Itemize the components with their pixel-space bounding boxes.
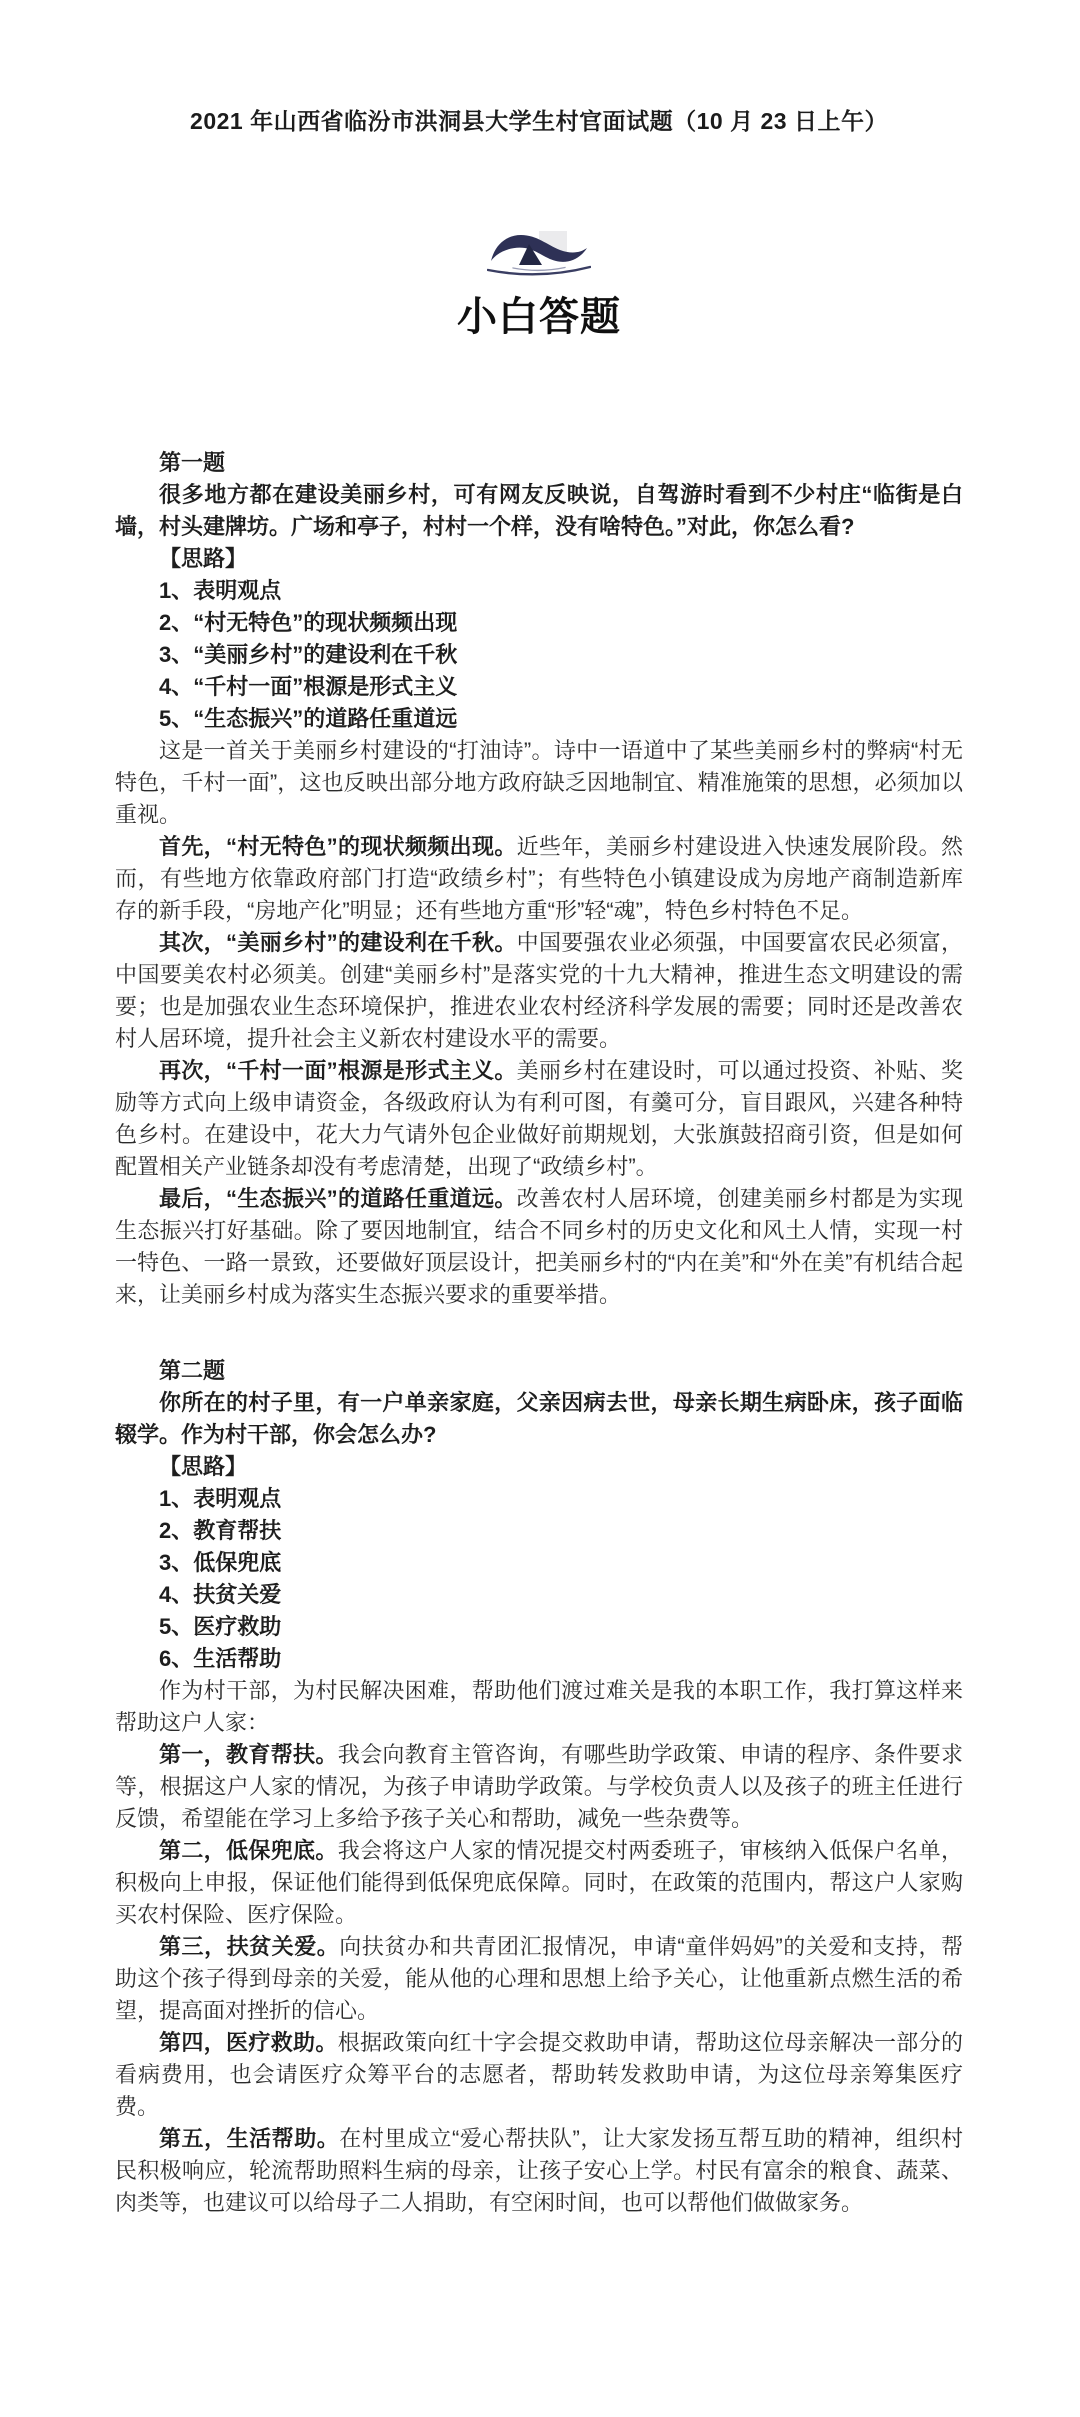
document-title: 2021 年山西省临汾市洪洞县大学生村官面试题（10 月 23 日上午） (115, 106, 963, 136)
outline-item: 6、生活帮助 (115, 1643, 963, 1675)
paragraph-lead: 第四，医疗救助。 (159, 2030, 338, 2055)
question-1-text: 很多地方都在建设美丽乡村，可有网友反映说，自驾游时看到不少村庄“临街是白墙，村头… (115, 479, 963, 543)
logo: 小白答题 (115, 231, 963, 339)
answer-paragraph: 最后，“生态振兴”的道路任重道远。改善农村人居环境，创建美丽乡村都是为实现生态振… (115, 1183, 963, 1311)
eye-wave-logo-icon (487, 231, 591, 281)
question-1-outline-label: 【思路】 (115, 543, 963, 575)
outline-item: 4、“千村一面”根源是形式主义 (115, 671, 963, 703)
answer-paragraph: 第三，扶贫关爱。向扶贫办和共青团汇报情况，申请“童伴妈妈”的关爱和支持，帮助这个… (115, 1931, 963, 2027)
outline-item: 3、“美丽乡村”的建设利在千秋 (115, 639, 963, 671)
paragraph-lead: 再次，“千村一面”根源是形式主义。 (159, 1058, 517, 1083)
outline-item: 2、“村无特色”的现状频频出现 (115, 607, 963, 639)
paragraph-lead: 第五，生活帮助。 (159, 2126, 339, 2151)
answer-paragraph: 第四，医疗救助。根据政策向红十字会提交救助申请，帮助这位母亲解决一部分的看病费用… (115, 2027, 963, 2123)
outline-item: 2、教育帮扶 (115, 1515, 963, 1547)
paragraph-lead: 第二，低保兜底。 (159, 1838, 338, 1863)
outline-item: 3、低保兜底 (115, 1547, 963, 1579)
outline-item: 5、“生态振兴”的道路任重道远 (115, 703, 963, 735)
answer-paragraph: 第一，教育帮扶。我会向教育主管咨询，有哪些助学政策、申请的程序、条件要求等，根据… (115, 1739, 963, 1835)
paragraph-text: 这是一首关于美丽乡村建设的“打油诗”。诗中一语道中了某些美丽乡村的弊病“村无特色… (115, 738, 963, 827)
document-body: 2021 年山西省临汾市洪洞县大学生村官面试题（10 月 23 日上午） 小白答… (0, 0, 1080, 2279)
paragraph-lead: 第三，扶贫关爱。 (159, 1934, 339, 1959)
question-1-heading: 第一题 (115, 447, 963, 479)
paragraph-text: 作为村干部，为村民解决困难，帮助他们渡过难关是我的本职工作，我打算这样来帮助这户… (115, 1678, 963, 1735)
answer-paragraph: 其次，“美丽乡村”的建设利在千秋。中国要强农业必须强，中国要富农民必须富，中国要… (115, 927, 963, 1055)
question-1-section: 第一题 很多地方都在建设美丽乡村，可有网友反映说，自驾游时看到不少村庄“临街是白… (115, 447, 963, 1311)
question-2-section: 第二题 你所在的村子里，有一户单亲家庭，父亲因病去世，母亲长期生病卧床，孩子面临… (115, 1355, 963, 2219)
outline-item: 5、医疗救助 (115, 1611, 963, 1643)
answer-paragraph: 第五，生活帮助。在村里成立“爱心帮扶队”，让大家发扬互帮互助的精神，组织村民积极… (115, 2123, 963, 2219)
paragraph-lead: 最后，“生态振兴”的道路任重道远。 (159, 1186, 517, 1211)
answer-paragraph: 再次，“千村一面”根源是形式主义。美丽乡村在建设时，可以通过投资、补贴、奖励等方… (115, 1055, 963, 1183)
answer-paragraph: 首先，“村无特色”的现状频频出现。近些年，美丽乡村建设进入快速发展阶段。然而，有… (115, 831, 963, 927)
paragraph-lead: 第一，教育帮扶。 (159, 1742, 338, 1767)
answer-paragraph: 这是一首关于美丽乡村建设的“打油诗”。诗中一语道中了某些美丽乡村的弊病“村无特色… (115, 735, 963, 831)
paragraph-lead: 首先，“村无特色”的现状频频出现。 (159, 834, 517, 859)
document-page: 2021 年山西省临汾市洪洞县大学生村官面试题（10 月 23 日上午） 小白答… (0, 0, 1080, 2417)
question-2-heading: 第二题 (115, 1355, 963, 1387)
question-2-outline-label: 【思路】 (115, 1451, 963, 1483)
answer-paragraph: 第二，低保兜底。我会将这户人家的情况提交村两委班子，审核纳入低保户名单，积极向上… (115, 1835, 963, 1931)
answer-paragraph: 作为村干部，为村民解决困难，帮助他们渡过难关是我的本职工作，我打算这样来帮助这户… (115, 1675, 963, 1739)
question-2-text: 你所在的村子里，有一户单亲家庭，父亲因病去世，母亲长期生病卧床，孩子面临辍学。作… (115, 1387, 963, 1451)
outline-item: 4、扶贫关爱 (115, 1579, 963, 1611)
document-content: 第一题 很多地方都在建设美丽乡村，可有网友反映说，自驾游时看到不少村庄“临街是白… (115, 447, 963, 2219)
outline-item: 1、表明观点 (115, 1483, 963, 1515)
paragraph-lead: 其次，“美丽乡村”的建设利在千秋。 (159, 930, 517, 955)
outline-item: 1、表明观点 (115, 575, 963, 607)
logo-text: 小白答题 (115, 295, 963, 339)
